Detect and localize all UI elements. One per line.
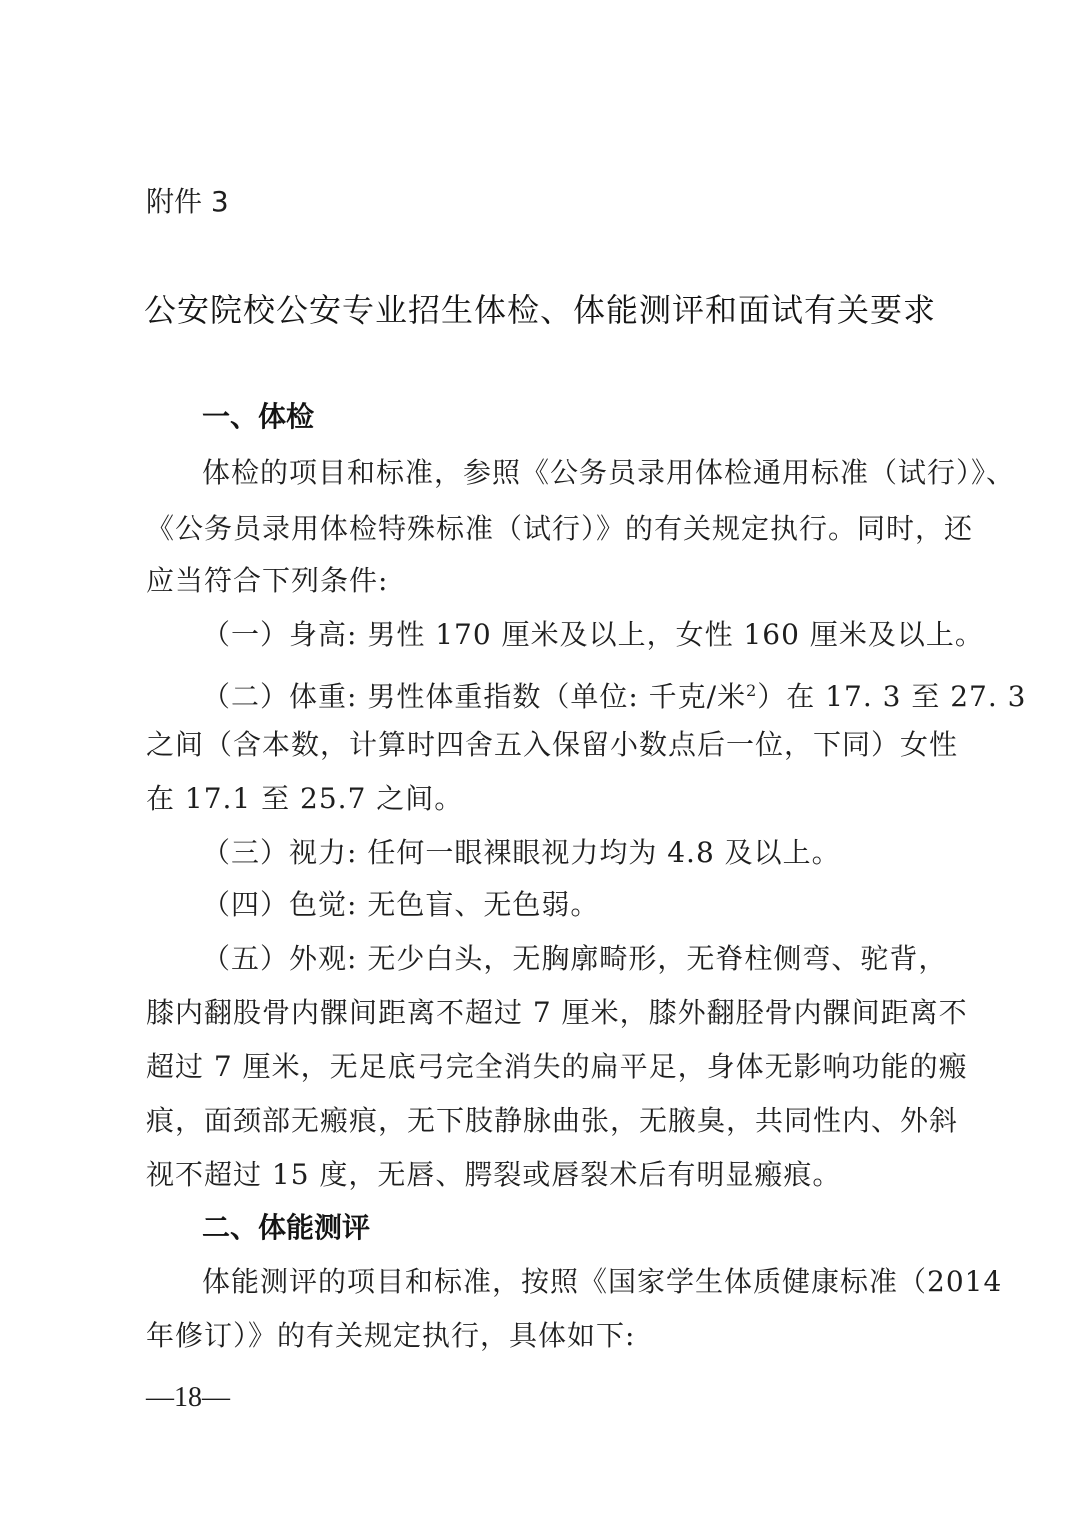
requirement-color-sense: （四）色觉: 无色盲、无色弱。 [202,887,599,923]
attachment-label: 附件 3 [146,184,229,220]
paragraph-line: 应当符合下列条件: [146,563,388,599]
paragraph-line: 《公务员录用体检特殊标准（试行）》的有关规定执行。同时，还 [146,511,973,547]
superscript: 2 [746,681,757,700]
paragraph-line: 痕，面颈部无瘢痕，无下肢静脉曲张，无腋臭，共同性内、外斜 [146,1103,958,1139]
section-heading-physical-exam: 一、体检 [202,399,314,435]
document-title: 公安院校公安专业招生体检、体能测评和面试有关要求 [0,290,1080,330]
paragraph-line: 膝内翻股骨内髁间距离不超过 7 厘米，膝外翻胫骨内髁间距离不 [146,995,968,1031]
page-number: —18— [146,1380,230,1416]
paragraph-line: 之间（含本数，计算时四舍五入保留小数点后一位，下同）女性 [146,727,958,763]
paragraph-line: 体能测评的项目和标准，按照《国家学生体质健康标准（2014 [202,1264,1002,1300]
paragraph-line: 体检的项目和标准，参照《公务员录用体检通用标准（试行）》、 [202,455,1015,491]
requirement-height: （一）身高: 男性 170 厘米及以上，女性 160 厘米及以上。 [202,617,984,653]
paragraph-line: 超过 7 厘米，无足底弓完全消失的扁平足，身体无影响功能的瘢 [146,1049,968,1085]
section-heading-fitness-test: 二、体能测评 [202,1210,370,1246]
document-page: 附件 3 公安院校公安专业招生体检、体能测评和面试有关要求 一、体检 体检的项目… [0,0,1080,1527]
requirement-weight-range: ）在 17. 3 至 27. 3 [757,680,1026,713]
paragraph-line: 视不超过 15 度，无唇、腭裂或唇裂术后有明显瘢痕。 [146,1157,841,1193]
requirement-weight-text: （二）体重: 男性体重指数（单位: 千克/米 [202,680,746,713]
paragraph-line: 年修订）》的有关规定执行，具体如下: [146,1318,635,1354]
requirement-weight: （二）体重: 男性体重指数（单位: 千克/米2）在 17. 3 至 27. 3 [202,673,1027,715]
requirement-vision: （三）视力: 任何一眼裸眼视力均为 4.8 及以上。 [202,835,841,871]
requirement-appearance: （五）外观: 无少白头，无胸廓畸形，无脊柱侧弯、驼背， [202,941,947,977]
paragraph-line: 在 17.1 至 25.7 之间。 [146,781,463,817]
